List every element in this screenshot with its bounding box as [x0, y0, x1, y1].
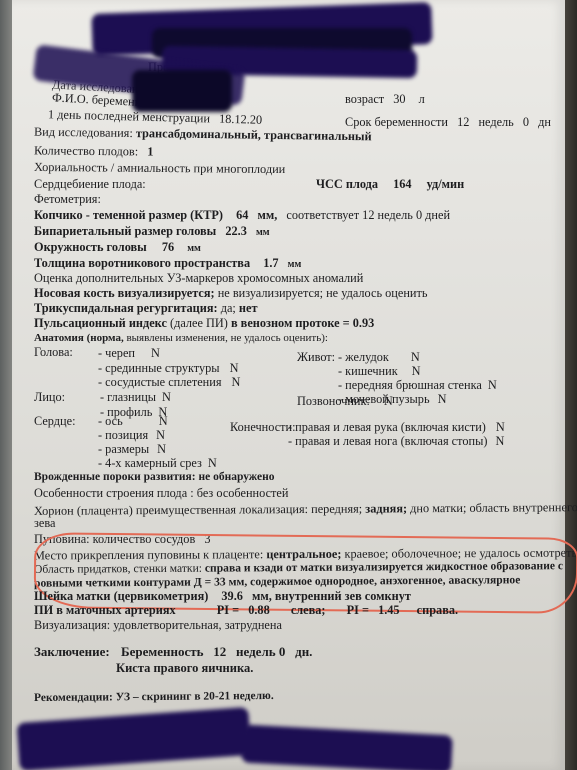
- anatomy-item-text: - желудок: [338, 350, 389, 364]
- nasal-bone-field: Носовая кость визуализируется; не визуал…: [34, 286, 427, 300]
- anatomy-item-text: N: [159, 414, 168, 428]
- pi-ductus-field: Пульсационный индекс (далее ПИ) в венозн…: [34, 316, 374, 330]
- anatomy-head-item: - срединные структурыN: [98, 361, 238, 375]
- anatomy-face-item: - глазницыN: [100, 390, 171, 404]
- anatomy-heart-label: Сердце:: [34, 414, 76, 428]
- crl-unit: мм,: [257, 208, 277, 222]
- recommendations-value: УЗ – скрининг в 20-21 неделю.: [116, 690, 274, 703]
- malformations-field: Врожденные пороки развития: не обнаружен…: [34, 470, 274, 484]
- hc-value: 76: [162, 240, 174, 254]
- cervix-unit: мм, внутренний зев сомкнут: [252, 589, 411, 603]
- anatomy-spine-status: N: [384, 394, 393, 408]
- uterine-pi-left-value: 0.88: [248, 603, 270, 617]
- nt-label: Толщина воротникового пространства: [34, 256, 250, 270]
- pi-ductus-note: (далее ПИ): [170, 316, 228, 330]
- redaction-mark: [241, 725, 453, 770]
- nasal-bone-label: Носовая кость визуализируется;: [34, 286, 215, 300]
- gestation-label: Срок беременности: [345, 115, 448, 129]
- anatomy-item-text: N: [156, 428, 165, 442]
- anatomy-item-text: - правая и левая нога (включая стопы): [288, 434, 487, 448]
- structure-label: Особенности строения плода: [34, 486, 187, 500]
- anatomy-heart-item: - 4-х камерный срезN: [98, 456, 217, 470]
- recommendations-label: Рекомендации:: [34, 691, 113, 704]
- anatomy-limbs-label: Конечности:: [230, 420, 296, 434]
- uterine-pi-right-value: 1.45: [378, 603, 400, 617]
- exam-type-field: Вид исследования: трансабдоминальный, тр…: [34, 125, 372, 144]
- background-right: [563, 0, 577, 770]
- anatomy-abdomen-item: - кишечникN: [338, 364, 421, 378]
- visualization-field: Визуализация: удовлетворительная, затруд…: [34, 618, 282, 632]
- anatomy-heart-item: - осьN: [98, 414, 168, 428]
- uterine-pi-label: ПИ в маточных артериях: [34, 603, 176, 617]
- hc-label: Окружность головы: [34, 240, 147, 254]
- heart-rate-value: 164: [393, 177, 411, 191]
- exam-type-value: трансабдоминальный, трансвагинальный: [136, 126, 372, 143]
- uterine-pi-right-side: справа.: [417, 603, 458, 617]
- age-label: возраст: [345, 92, 384, 106]
- anatomy-spine-field: Позвоночник:N: [297, 394, 393, 408]
- gestation-field: Срок беременности 12 недель 0 дн: [345, 115, 551, 129]
- nasal-bone-options: не визуализируется; не удалось оценить: [218, 286, 428, 300]
- anatomy-item-text: - сосудистые сплетения: [98, 375, 222, 389]
- tricuspid-options: да;: [221, 301, 236, 315]
- crl-note: соответствует 12 недель 0 дней: [286, 208, 450, 222]
- chorion-selected: задняя;: [365, 501, 407, 515]
- anatomy-item-text: N: [495, 434, 504, 448]
- anatomy-spine-label: Позвоночник:: [297, 394, 370, 408]
- anatomy-abdomen-item: - желудокN: [338, 350, 420, 364]
- chorion-label: Хорион (плацента) преимущественная локал…: [34, 502, 362, 518]
- cervix-label: Шейка матки (цервикометрия): [34, 589, 208, 603]
- tricuspid-label: Трикуспидальная регургитация:: [34, 301, 218, 315]
- bpd-label: Бипариетальный размер головы: [34, 224, 216, 238]
- uterine-pi-left-label: PI =: [217, 603, 239, 617]
- bpd-unit: мм: [256, 226, 270, 240]
- document-page: Про Дата исследования Ф.И.О. беременной …: [12, 0, 565, 770]
- anatomy-face-label: Лицо:: [34, 390, 65, 404]
- crl-label: Копчико - теменной размер (КТР): [34, 208, 223, 222]
- anatomy-head-label: Голова:: [34, 345, 73, 359]
- uterine-pi-right-label: PI =: [347, 603, 369, 617]
- gestation-days: 0: [523, 115, 529, 129]
- anatomy-limbs-item: - правая и левая рука (включая кисти)N: [288, 420, 505, 434]
- conclusion-line2: Киста правого яичника.: [116, 661, 253, 675]
- age-value: 30: [393, 92, 405, 106]
- gestation-weeks: 12: [457, 115, 469, 129]
- anatomy-item-text: - 4-х камерный срез: [98, 456, 202, 470]
- anatomy-item-text: - кишечник: [338, 364, 398, 378]
- uterine-pi-field: ПИ в маточных артериях PI = 0.88 слева; …: [34, 603, 458, 617]
- anatomy-limbs-item: - правая и левая нога (включая стопы)N: [288, 434, 504, 448]
- recommendations-field: Рекомендации: УЗ – скрининг в 20-21 неде…: [34, 689, 274, 705]
- lmp-value: 18.12.20: [219, 112, 262, 127]
- fetus-count-field: Количество плодов: 1: [34, 143, 154, 158]
- heart-rate-field: ЧСС плода 164 уд/мин: [316, 177, 464, 191]
- bpd-value: 22.3: [225, 224, 247, 238]
- anatomy-heart-item: - позицияN: [98, 428, 165, 442]
- structure-value: : без особенностей: [190, 486, 288, 500]
- chorion-field: Хорион (плацента) преимущественная локал…: [34, 500, 577, 518]
- lmp-label: 1 день последней менструации: [48, 107, 210, 125]
- conclusion-line1: Беременность 12 недель 0 дн.: [121, 645, 312, 659]
- nt-value: 1.7: [263, 256, 278, 270]
- anatomy-title-bold: Анатомия (норма,: [34, 332, 124, 344]
- malformations-value: не обнаружено: [198, 471, 274, 483]
- anatomy-item-text: - размеры: [98, 442, 149, 456]
- conclusion-field: Заключение: Беременность 12 недель 0 дн.: [34, 645, 312, 659]
- anatomy-item-text: N: [488, 378, 497, 392]
- chorion-line2: зева: [34, 516, 55, 530]
- anatomy-item-text: - ось: [98, 414, 123, 428]
- conclusion-label: Заключение:: [34, 644, 110, 659]
- redaction-mark: [132, 70, 232, 112]
- anatomy-item-text: - глазницы: [100, 390, 156, 404]
- anatomy-abdomen-item: - передняя брюшная стенкаN: [338, 378, 497, 392]
- anatomy-title: Анатомия (норма, выявлены изменения, не …: [34, 331, 328, 345]
- markers-title: Оценка дополнительных УЗ-маркеров хромос…: [34, 271, 363, 285]
- anatomy-item-text: N: [230, 361, 239, 375]
- structure-field: Особенности строения плода : без особенн…: [34, 486, 288, 500]
- age-field: возраст 30 л: [345, 92, 425, 106]
- gestation-weeks-unit: недель: [478, 115, 513, 129]
- anatomy-item-text: N: [496, 420, 505, 434]
- visualization-label: Визуализация:: [34, 618, 110, 632]
- visualization-value: удовлетворительная, затруднена: [113, 618, 282, 632]
- crl-field: Копчико - теменной размер (КТР) 64 мм, с…: [34, 208, 450, 222]
- chorion-options: дно матки; область внутреннего: [410, 500, 577, 515]
- anatomy-item-text: - череп: [98, 346, 135, 360]
- anatomy-item-text: - передняя брюшная стенка: [338, 378, 482, 392]
- gestation-days-unit: дн: [538, 115, 551, 129]
- chorionicity-label: Хориальность / амниальность при многопло…: [34, 160, 285, 176]
- anatomy-item-text: - правая и левая рука (включая кисти): [288, 420, 486, 434]
- anatomy-item-text: N: [438, 392, 447, 406]
- cervix-field: Шейка матки (цервикометрия) 39.6 мм, вну…: [34, 589, 411, 603]
- anatomy-item-text: N: [157, 442, 166, 456]
- uterine-pi-left-side: слева;: [291, 603, 326, 617]
- anatomy-item-text: N: [151, 346, 160, 360]
- anatomy-item-text: N: [412, 364, 421, 378]
- lmp-field: 1 день последней менструации 18.12.20: [48, 107, 262, 127]
- anatomy-item-text: - позиция: [98, 428, 148, 442]
- bpd-field: Бипариетальный размер головы 22.3 мм: [34, 224, 270, 240]
- fetus-count-label: Количество плодов:: [34, 143, 138, 158]
- anatomy-head-item: - черепN: [98, 346, 160, 360]
- pi-ductus-label: Пульсационный индекс: [34, 316, 167, 330]
- malformations-label: Врожденные пороки развития:: [34, 471, 196, 483]
- anatomy-item-text: N: [232, 375, 241, 389]
- anatomy-title-rest: выявлены изменения, не удалось оценить):: [126, 332, 328, 344]
- anatomy-item-text: N: [208, 456, 217, 470]
- tricuspid-selected: нет: [239, 301, 258, 315]
- heartbeat-label: Сердцебиение плода:: [34, 177, 146, 191]
- nt-field: Толщина воротникового пространства 1.7 м…: [34, 256, 301, 272]
- anatomy-item-text: N: [162, 390, 171, 404]
- heart-rate-unit: уд/мин: [427, 177, 465, 191]
- pi-ductus-value: в венозном протоке = 0.93: [231, 316, 374, 330]
- anatomy-item-text: N: [411, 350, 420, 364]
- crl-value: 64: [236, 208, 248, 222]
- heart-rate-label: ЧСС плода: [316, 177, 378, 191]
- redaction-mark: [17, 707, 252, 770]
- anatomy-head-item: - сосудистые сплетенияN: [98, 375, 240, 389]
- exam-type-label: Вид исследования:: [34, 125, 133, 140]
- hc-field: Окружность головы 76 мм: [34, 240, 201, 256]
- age-unit: л: [419, 92, 425, 106]
- tricuspid-field: Трикуспидальная регургитация: да; нет: [34, 301, 258, 315]
- anatomy-heart-item: - размерыN: [98, 442, 166, 456]
- cervix-value: 39.6: [221, 589, 243, 603]
- fetus-count-value: 1: [147, 145, 153, 159]
- fetometry-title: Фетометрия:: [34, 192, 101, 206]
- anatomy-item-text: - срединные структуры: [98, 361, 220, 375]
- nt-unit: мм: [288, 258, 302, 272]
- hc-unit: мм: [187, 242, 201, 256]
- anatomy-abdomen-label: Живот:: [297, 350, 335, 364]
